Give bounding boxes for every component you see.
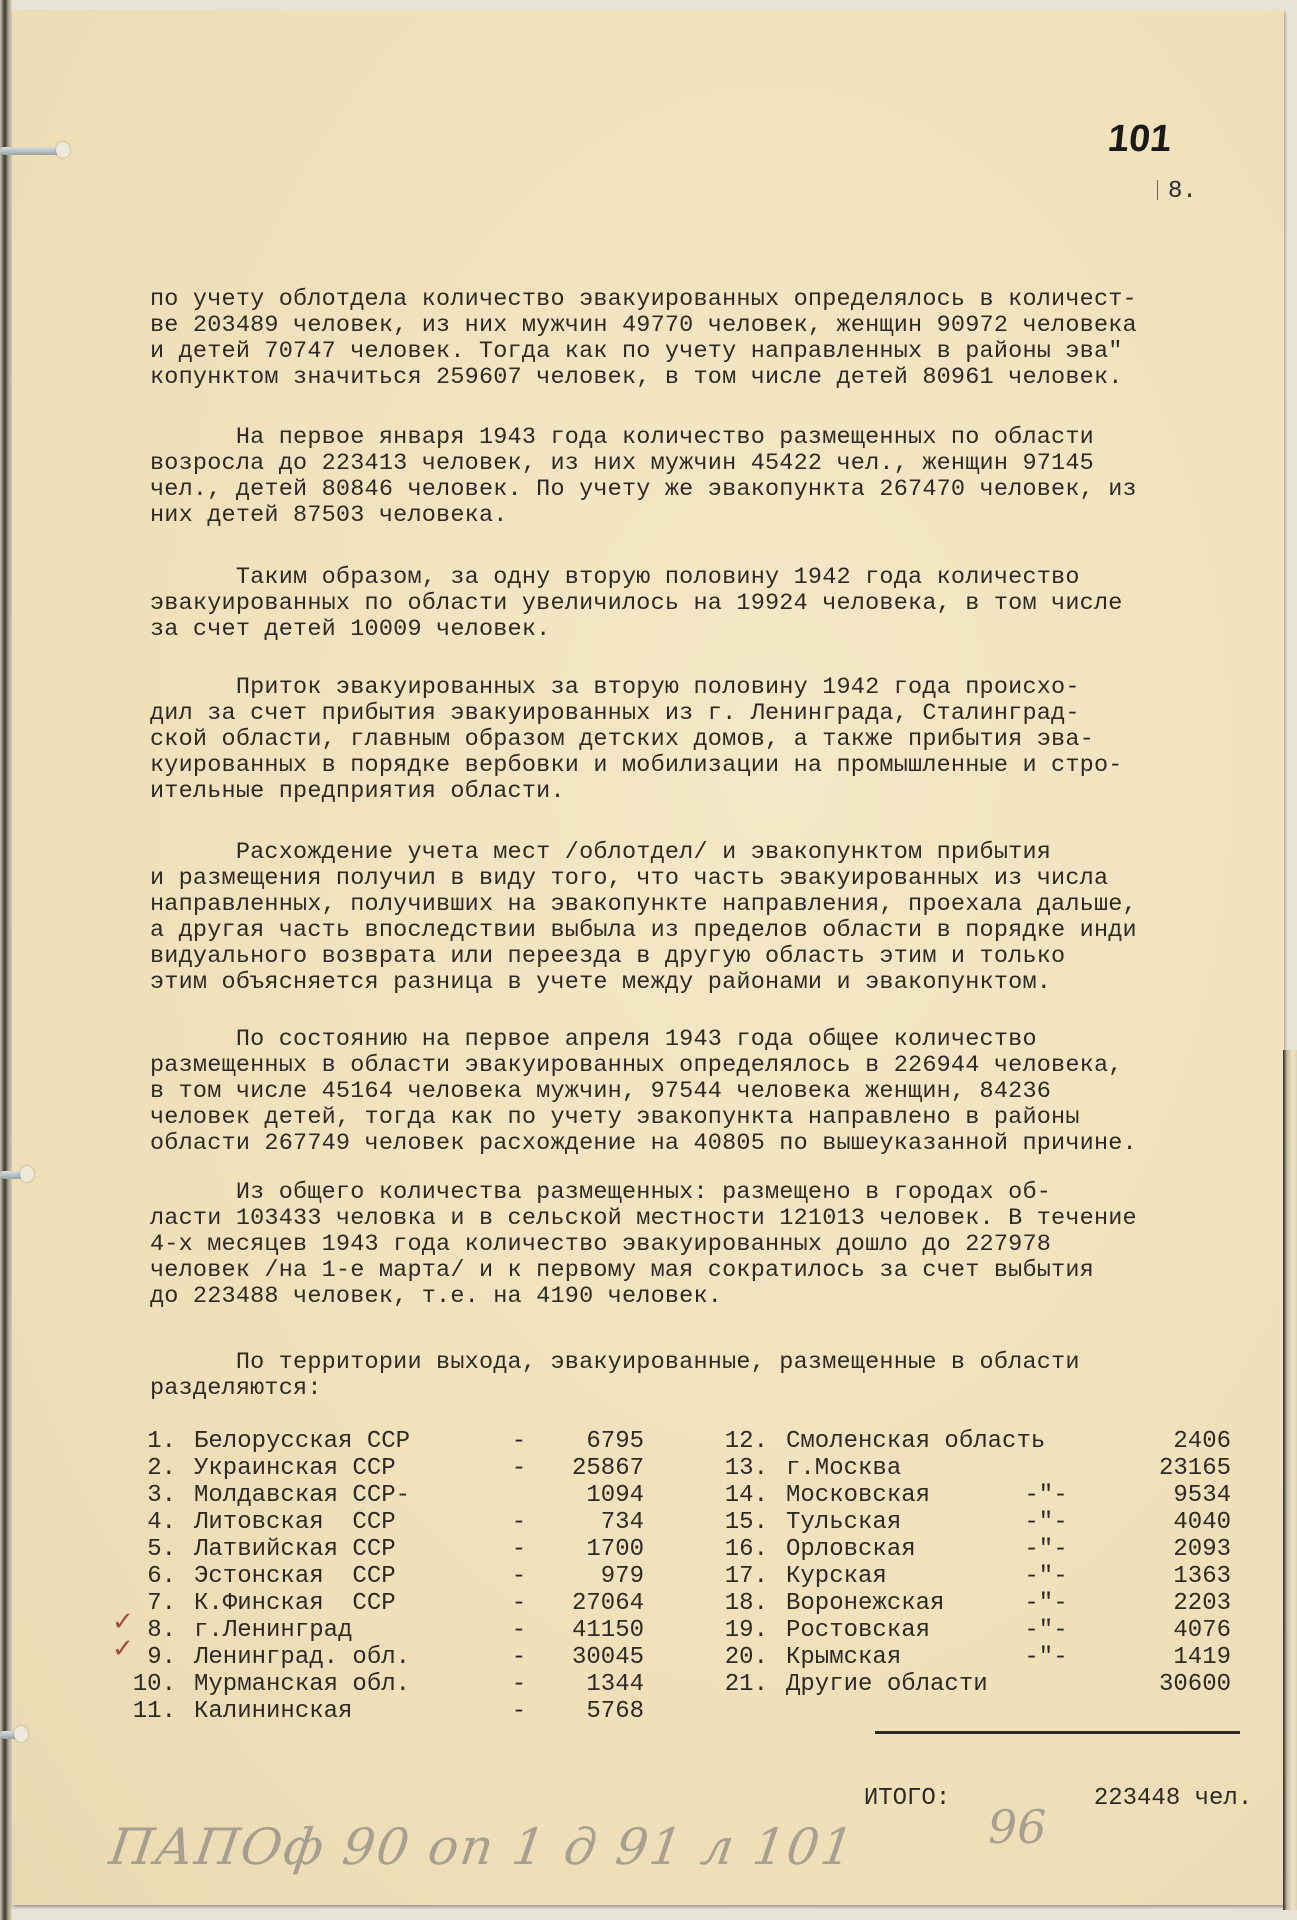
dash: - xyxy=(494,1509,544,1536)
territory-count: 9534 xyxy=(1086,1482,1231,1509)
text-line: за счет детей 10009 человек. xyxy=(150,617,1290,643)
territory-name: Ростовская xyxy=(768,1617,1006,1644)
territory-count: 734 xyxy=(544,1509,644,1536)
territory-row: 5.Латвийская ССР-1700 xyxy=(128,1536,644,1563)
territory-row: 1.Белорусская ССР-6795 xyxy=(128,1428,644,1455)
territory-count: 2406 xyxy=(1086,1428,1231,1455)
row-number: 21. xyxy=(720,1671,768,1698)
ditto-mark: -"- xyxy=(1006,1536,1086,1563)
text-line: Таким образом, за одну вторую половину 1… xyxy=(150,565,1290,591)
text-line: По состоянию на первое апреля 1943 года … xyxy=(150,1027,1290,1053)
dash: - xyxy=(494,1455,544,1482)
page-number: 8. xyxy=(1168,178,1197,205)
territory-name: Московская xyxy=(768,1482,1006,1509)
territory-count: 4040 xyxy=(1086,1509,1231,1536)
territory-row: 8.г.Ленинград-41150 xyxy=(128,1617,644,1644)
text-line: ве 203489 человек, из них мужчин 49770 ч… xyxy=(150,313,1290,339)
row-number: 1. xyxy=(128,1428,176,1455)
territory-count: 979 xyxy=(544,1563,644,1590)
dash: - xyxy=(494,1698,544,1725)
territory-list-right: 12.Смоленская область2406 13.г.Москва231… xyxy=(720,1428,1231,1698)
binding-knot-middle xyxy=(20,1166,34,1182)
paragraph-territory-intro: По территории выхода, эвакуированные, ра… xyxy=(150,1350,1290,1402)
territory-count: 1344 xyxy=(544,1671,644,1698)
dash: - xyxy=(494,1428,544,1455)
text-line: и размещения получил в виду того, что ча… xyxy=(150,866,1290,892)
underlying-pages-edge xyxy=(1283,1050,1297,1910)
territory-row: 13.г.Москва23165 xyxy=(720,1455,1231,1482)
ditto-mark: -"- xyxy=(1006,1563,1086,1590)
territory-list-left: 1.Белорусская ССР-6795 2.Украинская ССР-… xyxy=(128,1428,644,1725)
dash: - xyxy=(494,1617,544,1644)
territory-row: 17.Курская-"-1363 xyxy=(720,1563,1231,1590)
territory-row: 12.Смоленская область2406 xyxy=(720,1428,1231,1455)
territory-name: Орловская xyxy=(768,1536,1006,1563)
territory-row: 9.Ленинград. обл.-30045 xyxy=(128,1644,644,1671)
row-number: 17. xyxy=(720,1563,768,1590)
dash: - xyxy=(494,1563,544,1590)
row-number: 19. xyxy=(720,1617,768,1644)
territory-name: Литовская ССР xyxy=(176,1509,494,1536)
territory-row: 18.Воронежская-"-2203 xyxy=(720,1590,1231,1617)
text-line: до 223488 человек, т.е. на 4190 человек. xyxy=(150,1284,1290,1310)
text-line: ласти 103433 человка и в сельской местно… xyxy=(150,1206,1290,1232)
paragraph-inflow-sources: Приток эвакуированных за вторую половину… xyxy=(150,675,1290,805)
territory-row: 14.Московская-"-9534 xyxy=(720,1482,1231,1509)
dash: - xyxy=(494,1590,544,1617)
row-number: 11. xyxy=(128,1698,176,1725)
text-line: в том числе 45164 человека мужчин, 97544… xyxy=(150,1079,1290,1105)
ditto-mark: -"- xyxy=(1006,1617,1086,1644)
territory-row: 15.Тульская-"-4040 xyxy=(720,1509,1231,1536)
binding-knot-top xyxy=(56,142,70,158)
row-number: 4. xyxy=(128,1509,176,1536)
text-line: разделяются: xyxy=(150,1376,1290,1402)
territory-count: 2093 xyxy=(1086,1536,1231,1563)
row-number: 20. xyxy=(720,1644,768,1671)
total-label: ИТОГО: xyxy=(864,1785,1094,1812)
territory-count: 1700 xyxy=(544,1536,644,1563)
row-number: 10. xyxy=(128,1671,176,1698)
text-line: По территории выхода, эвакуированные, ра… xyxy=(150,1350,1290,1376)
territory-row: 16.Орловская-"-2093 xyxy=(720,1536,1231,1563)
text-line: а другая часть впоследствии выбыла из пр… xyxy=(150,918,1290,944)
row-number: 13. xyxy=(720,1455,768,1482)
territory-name: Крымская xyxy=(768,1644,1006,1671)
territory-name: К.Финская ССР xyxy=(176,1590,494,1617)
text-line: ительные предприятия области. xyxy=(150,779,1290,805)
territory-name: г.Ленинград xyxy=(176,1617,494,1644)
text-line: Приток эвакуированных за вторую половину… xyxy=(150,675,1290,701)
territory-row: 4.Литовская ССР-734 xyxy=(128,1509,644,1536)
folio-number: 101 xyxy=(1106,118,1174,161)
row-number: 18. xyxy=(720,1590,768,1617)
text-line: Расхождение учета мест /облотдел/ и эвак… xyxy=(150,840,1290,866)
row-number: 3. xyxy=(128,1482,176,1509)
territory-name: Тульская xyxy=(768,1509,1006,1536)
territory-count: 23165 xyxy=(1086,1455,1231,1482)
territory-count: 1094 xyxy=(544,1482,644,1509)
territory-count: 2203 xyxy=(1086,1590,1231,1617)
territory-count: 1419 xyxy=(1086,1644,1231,1671)
text-line: них детей 87503 человека. xyxy=(150,503,1290,529)
text-line: видуального возврата или переезда в друг… xyxy=(150,944,1290,970)
paragraph-city-rural-split: Из общего количества размещенных: размещ… xyxy=(150,1180,1290,1310)
territory-name: Эстонская ССР xyxy=(176,1563,494,1590)
territory-row: 20.Крымская-"-1419 xyxy=(720,1644,1231,1671)
row-number: 9. xyxy=(128,1644,176,1671)
territory-name: Молдавская ССР- xyxy=(176,1482,494,1509)
text-line: Из общего количества размещенных: размещ… xyxy=(150,1180,1290,1206)
binding-knot-bottom xyxy=(14,1726,28,1742)
territory-count: 30600 xyxy=(1086,1671,1231,1698)
territory-row: 21.Другие области30600 xyxy=(720,1671,1231,1698)
paragraph-january-1943: На первое января 1943 года количество ра… xyxy=(150,425,1290,529)
text-line: возросла до 223413 человек, из них мужчи… xyxy=(150,451,1290,477)
binding-edge xyxy=(0,0,12,1920)
territory-name: Воронежская xyxy=(768,1590,1006,1617)
total-value: 223448 чел. xyxy=(1094,1785,1252,1812)
row-number: 8. xyxy=(128,1617,176,1644)
paragraph-april-1943: По состоянию на первое апреля 1943 года … xyxy=(150,1027,1290,1157)
ditto-mark: -"- xyxy=(1006,1482,1086,1509)
ditto-mark: -"- xyxy=(1006,1509,1086,1536)
territory-name: Ленинград. обл. xyxy=(176,1644,494,1671)
territory-name: Белорусская ССР xyxy=(176,1428,494,1455)
territory-count: 5768 xyxy=(544,1698,644,1725)
territory-count: 6795 xyxy=(544,1428,644,1455)
text-line: человек /на 1-е марта/ и к первому мая с… xyxy=(150,1258,1290,1284)
row-number: 2. xyxy=(128,1455,176,1482)
territory-name: Калининская xyxy=(176,1698,494,1725)
binding-thread-top xyxy=(0,147,62,155)
text-line: человек детей, тогда как по учету эвакоп… xyxy=(150,1105,1290,1131)
paragraph-second-half-1942: Таким образом, за одну вторую половину 1… xyxy=(150,565,1290,643)
page-number-tick xyxy=(1157,180,1158,200)
row-number: 15. xyxy=(720,1509,768,1536)
territory-name: Украинская ССР xyxy=(176,1455,494,1482)
text-line: ской области, главным образом детских до… xyxy=(150,727,1290,753)
paragraph-accounting-discrepancy: Расхождение учета мест /облотдел/ и эвак… xyxy=(150,840,1290,996)
territory-name: Мурманская обл. xyxy=(176,1671,494,1698)
territory-row: 11.Калининская-5768 xyxy=(128,1698,644,1725)
row-number: 16. xyxy=(720,1536,768,1563)
total-divider xyxy=(875,1731,1240,1734)
row-number: 14. xyxy=(720,1482,768,1509)
ditto-mark: -"- xyxy=(1006,1590,1086,1617)
territory-row: 6.Эстонская ССР-979 xyxy=(128,1563,644,1590)
territory-row: 19.Ростовская-"-4076 xyxy=(720,1617,1231,1644)
territory-row: 2.Украинская ССР-25867 xyxy=(128,1455,644,1482)
text-line: копунктом значиться 259607 человек, в то… xyxy=(150,365,1290,391)
territory-count: 41150 xyxy=(544,1617,644,1644)
text-line: размещенных в области эвакуированных опр… xyxy=(150,1053,1290,1079)
row-number: 6. xyxy=(128,1563,176,1590)
territory-name: Латвийская ССР xyxy=(176,1536,494,1563)
text-line: куированных в порядке вербовки и мобилиз… xyxy=(150,753,1290,779)
text-line: по учету облотдела количество эвакуирова… xyxy=(150,287,1290,313)
territory-count: 30045 xyxy=(544,1644,644,1671)
territory-name: Курская xyxy=(768,1563,1006,1590)
pencil-page-number: 96 xyxy=(988,1800,1047,1854)
territory-name: Смоленская область xyxy=(768,1428,1006,1455)
dash: - xyxy=(494,1536,544,1563)
territory-row: 7.К.Финская ССР-27064 xyxy=(128,1590,644,1617)
territory-count: 4076 xyxy=(1086,1617,1231,1644)
dash: - xyxy=(494,1671,544,1698)
text-line: эвакуированных по области увеличилось на… xyxy=(150,591,1290,617)
territory-name: г.Москва xyxy=(768,1455,1006,1482)
text-line: области 267749 человек расхождение на 40… xyxy=(150,1131,1290,1157)
text-line: 4-х месяцев 1943 года количество эвакуир… xyxy=(150,1232,1290,1258)
territory-row: 3.Молдавская ССР-1094 xyxy=(128,1482,644,1509)
row-number: 7. xyxy=(128,1590,176,1617)
row-number: 12. xyxy=(720,1428,768,1455)
territory-row: 10.Мурманская обл.-1344 xyxy=(128,1671,644,1698)
ditto-mark: -"- xyxy=(1006,1644,1086,1671)
territory-name: Другие области xyxy=(768,1671,1006,1698)
territory-count: 1363 xyxy=(1086,1563,1231,1590)
row-number: 5. xyxy=(128,1536,176,1563)
paragraph-oblotdel-count: по учету облотдела количество эвакуирова… xyxy=(150,287,1290,391)
territory-count: 25867 xyxy=(544,1455,644,1482)
text-line: этим объясняется разница в учете между р… xyxy=(150,970,1290,996)
text-line: чел., детей 80846 человек. По учету же э… xyxy=(150,477,1290,503)
dash: - xyxy=(494,1644,544,1671)
text-line: и детей 70747 человек. Тогда как по учет… xyxy=(150,339,1290,365)
text-line: дил за счет прибытия эвакуированных из г… xyxy=(150,701,1290,727)
text-line: На первое января 1943 года количество ра… xyxy=(150,425,1290,451)
text-line: направленных, получивших на эвакопункте … xyxy=(150,892,1290,918)
territory-count: 27064 xyxy=(544,1590,644,1617)
archive-reference-handwritten: ПАПОф 90 оп 1 д 91 л 101 xyxy=(106,1818,859,1876)
